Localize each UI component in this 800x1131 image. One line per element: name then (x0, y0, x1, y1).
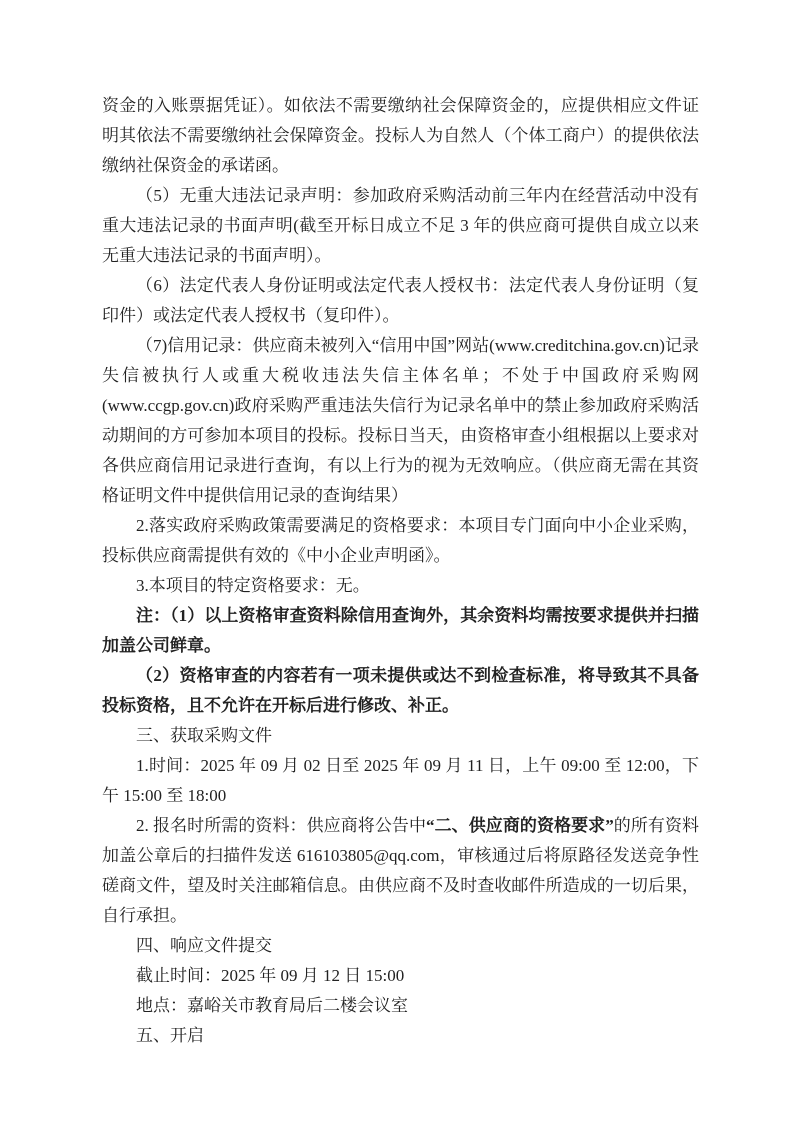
para-social-security-continuation: 资金的入账票据凭证）。如依法不需要缴纳社会保障资金的，应提供相应文件证明其依法不… (102, 91, 699, 181)
para-3-specific-qualification: 3.本项目的特定资格要求：无。 (102, 571, 699, 601)
para-item-7-credit-record: （7)信用记录：供应商未被列入“信用中国”网站(www.creditchina.… (102, 331, 699, 511)
text-segment: 3.本项目的特定资格要求：无。 (136, 576, 370, 595)
text-segment: （2）资格审查的内容若有一项未提供或达不到检查标准，将导致其不具备投标资格，且不… (102, 666, 699, 715)
heading-section-4-response-submission: 四、响应文件提交 (102, 931, 699, 961)
para-item-6-legal-representative: （6）法定代表人身份证明或法定代表人授权书：法定代表人身份证明（复印件）或法定代… (102, 271, 699, 331)
text-segment: 1.时间：2025 年 09 月 02 日至 2025 年 09 月 11 日，… (102, 756, 699, 805)
text-segment: （5）无重大违法记录声明：参加政府采购活动前三年内在经营活动中没有重大违法记录的… (102, 186, 699, 265)
para-note-2: （2）资格审查的内容若有一项未提供或达不到检查标准，将导致其不具备投标资格，且不… (102, 661, 699, 721)
text-segment: 资金的入账票据凭证）。如依法不需要缴纳社会保障资金的，应提供相应文件证明其依法不… (102, 96, 699, 175)
text-segment: 截止时间：2025 年 09 月 12 日 15:00 (136, 966, 404, 985)
text-segment: 2.落实政府采购政策需要满足的资格要求：本项目专门面向中小企业采购，投标供应商需… (102, 516, 699, 565)
para-note-1: 注：（1）以上资格审查资料除信用查询外，其余资料均需按要求提供并扫描加盖公司鲜章… (102, 601, 699, 661)
heading-section-5-opening: 五、开启 (102, 1021, 699, 1051)
text-segment: “二、供应商的资格要求” (426, 816, 614, 835)
heading-section-3-obtain-documents: 三、获取采购文件 (102, 721, 699, 751)
text-segment: 五、开启 (136, 1026, 204, 1045)
para-2-policy-qualification: 2.落实政府采购政策需要满足的资格要求：本项目专门面向中小企业采购，投标供应商需… (102, 511, 699, 571)
document-page: 资金的入账票据凭证）。如依法不需要缴纳社会保障资金的，应提供相应文件证明其依法不… (0, 0, 800, 1131)
text-segment: （6）法定代表人身份证明或法定代表人授权书：法定代表人身份证明（复印件）或法定代… (102, 276, 699, 325)
text-segment: 四、响应文件提交 (136, 936, 272, 955)
text-segment: 地点：嘉峪关市教育局后二楼会议室 (136, 996, 408, 1015)
text-segment: 2. 报名时所需的资料：供应商将公告中 (136, 816, 426, 835)
para-obtain-time: 1.时间：2025 年 09 月 02 日至 2025 年 09 月 11 日，… (102, 751, 699, 811)
para-registration-materials: 2. 报名时所需的资料：供应商将公告中“二、供应商的资格要求”的所有资料加盖公章… (102, 811, 699, 931)
text-segment: （7)信用记录：供应商未被列入“信用中国”网站(www.creditchina.… (102, 336, 699, 505)
document-body: 资金的入账票据凭证）。如依法不需要缴纳社会保障资金的，应提供相应文件证明其依法不… (102, 91, 699, 1051)
para-item-5-no-major-violation: （5）无重大违法记录声明：参加政府采购活动前三年内在经营活动中没有重大违法记录的… (102, 181, 699, 271)
para-submission-location: 地点：嘉峪关市教育局后二楼会议室 (102, 991, 699, 1021)
text-segment: 三、获取采购文件 (136, 726, 272, 745)
para-submission-deadline: 截止时间：2025 年 09 月 12 日 15:00 (102, 961, 699, 991)
text-segment: 注：（1）以上资格审查资料除信用查询外，其余资料均需按要求提供并扫描加盖公司鲜章… (102, 606, 699, 655)
